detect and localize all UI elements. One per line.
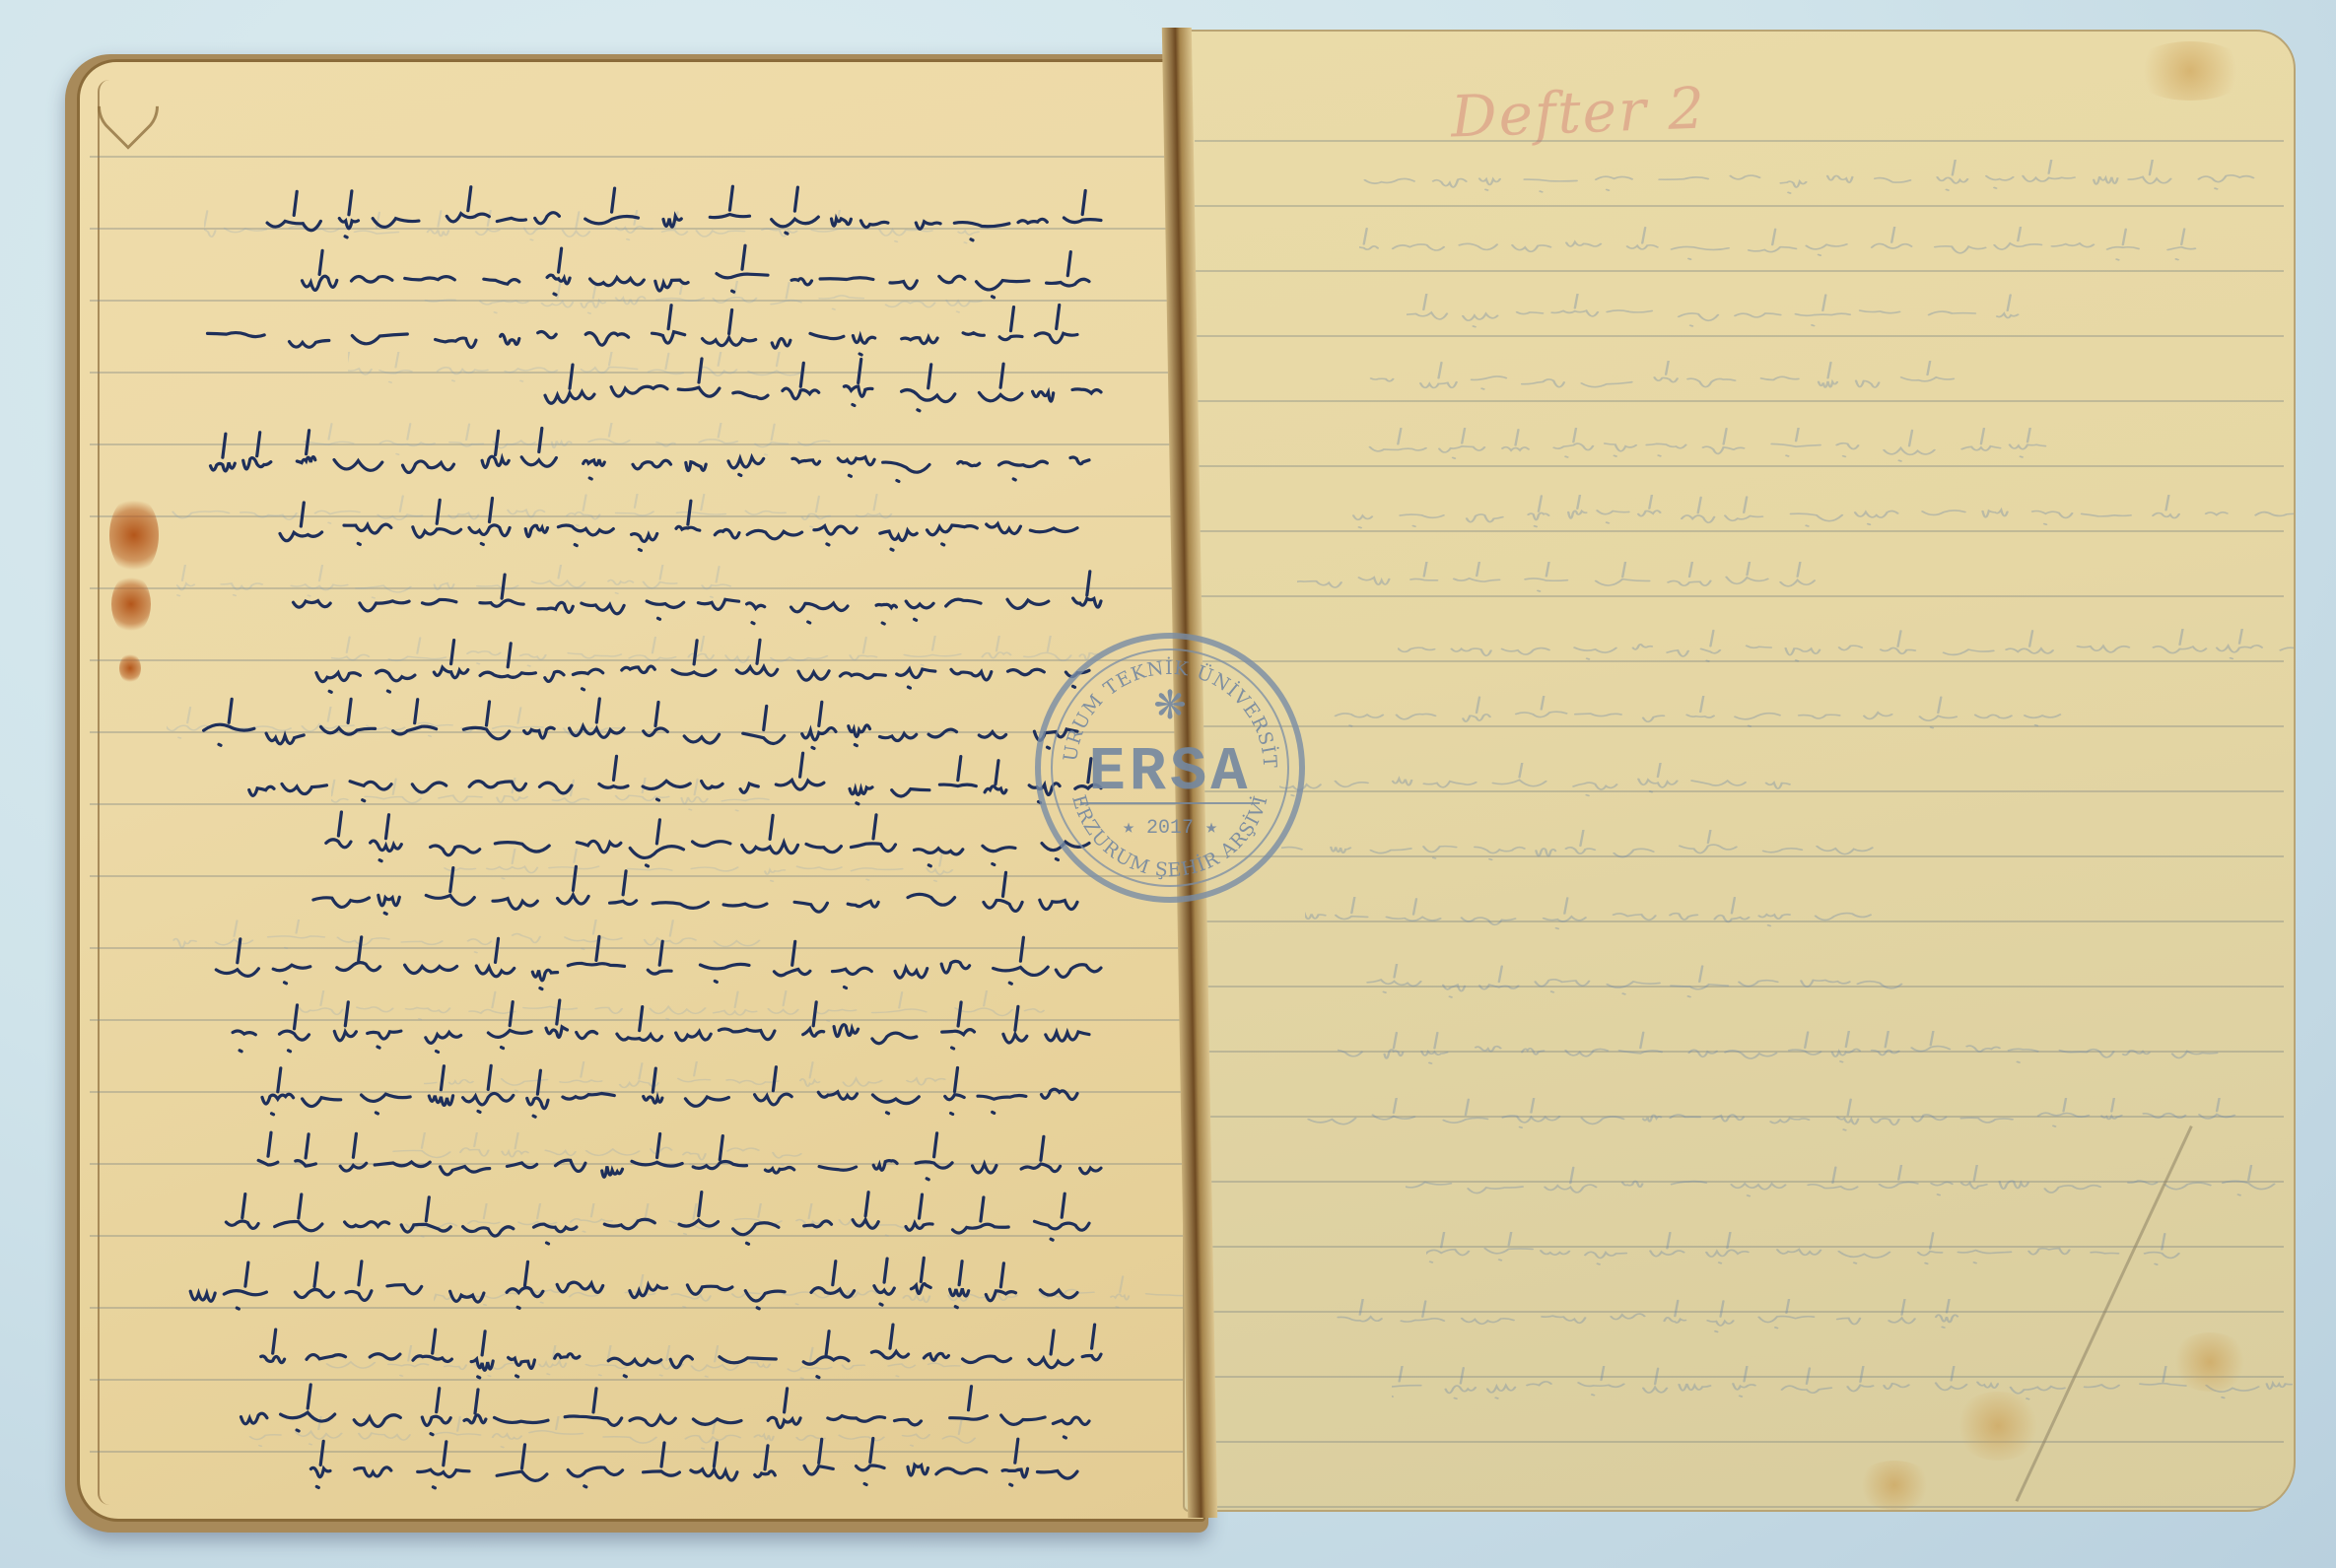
show-through-line [1363,428,2049,467]
handwritten-line [543,363,1105,422]
rust-stain [119,653,141,683]
water-stain [1954,1392,2042,1461]
rust-stain [111,575,151,634]
handwritten-line [312,1442,1081,1501]
ruled-line [1195,140,2284,142]
stamp-title: ERSA [1041,737,1299,807]
water-stain [1855,1461,1934,1510]
show-through-line [1407,294,2022,333]
show-through-line [1398,629,2296,668]
notebook-photo: Defter 2 ERZURUM TEKNİK ÜNİVERSİTESİ ERZ… [0,0,2336,1568]
handwritten-line [263,501,1081,560]
handwritten-line [236,1195,1093,1255]
show-through-line [1350,495,2296,534]
ruled-line [1195,270,2284,272]
stamp-year: ★ 2017 ★ [1041,814,1299,840]
ruled-line [1195,205,2284,207]
handwritten-line [247,1329,1105,1388]
show-through-line [1352,964,1905,1003]
right-page: Defter 2 [1183,30,2296,1512]
ruled-line [1195,1506,2284,1508]
ruled-line [90,156,1194,158]
handwritten-line [204,1260,1081,1319]
handwritten-line [238,939,1105,998]
handwritten-line [305,249,1093,308]
handwritten-line [238,1136,1105,1195]
handwritten-line [214,703,1081,762]
stamp-divider [1080,802,1260,804]
handwritten-line [206,432,1093,491]
pencil-header: Defter 2 [1450,75,1707,151]
ruled-line [1195,400,2284,402]
snowflake-logo-icon: ❋ [1150,686,1190,725]
water-stain [2131,41,2249,101]
show-through-line [1305,897,1875,936]
show-through-line [1334,1299,1961,1338]
show-through-line [1406,1165,2278,1204]
show-through-line [1359,227,2199,266]
show-through-line [1311,696,2064,735]
show-through-line [1349,160,2257,199]
show-through-line [1338,1031,2221,1070]
water-stain [2170,1332,2249,1392]
handwritten-line [295,644,1093,703]
handwritten-line [257,190,1105,249]
handwritten-line [214,308,1081,368]
show-through-line [1426,1232,2183,1271]
handwritten-line [257,757,1105,816]
handwritten-line [255,1388,1093,1447]
handwritten-line [206,1003,1093,1062]
show-through-line [1306,1098,2238,1137]
show-through-line [1281,830,1877,869]
handwritten-line [263,1067,1081,1126]
page-stack-edge [98,80,109,1505]
show-through-line [1279,763,1794,802]
ruled-line [1195,335,2284,337]
archive-stamp: ERZURUM TEKNİK ÜNİVERSİTESİ ERZURUM ŞEHİ… [1035,633,1305,903]
ruled-line [1195,1441,2284,1443]
rust-stain [109,496,159,575]
show-through-line [1356,361,1958,400]
handwritten-line [297,575,1105,634]
handwritten-line [332,870,1081,929]
show-through-line [1297,562,1819,601]
handwritten-line [305,816,1093,875]
show-through-line [1392,1366,2296,1405]
